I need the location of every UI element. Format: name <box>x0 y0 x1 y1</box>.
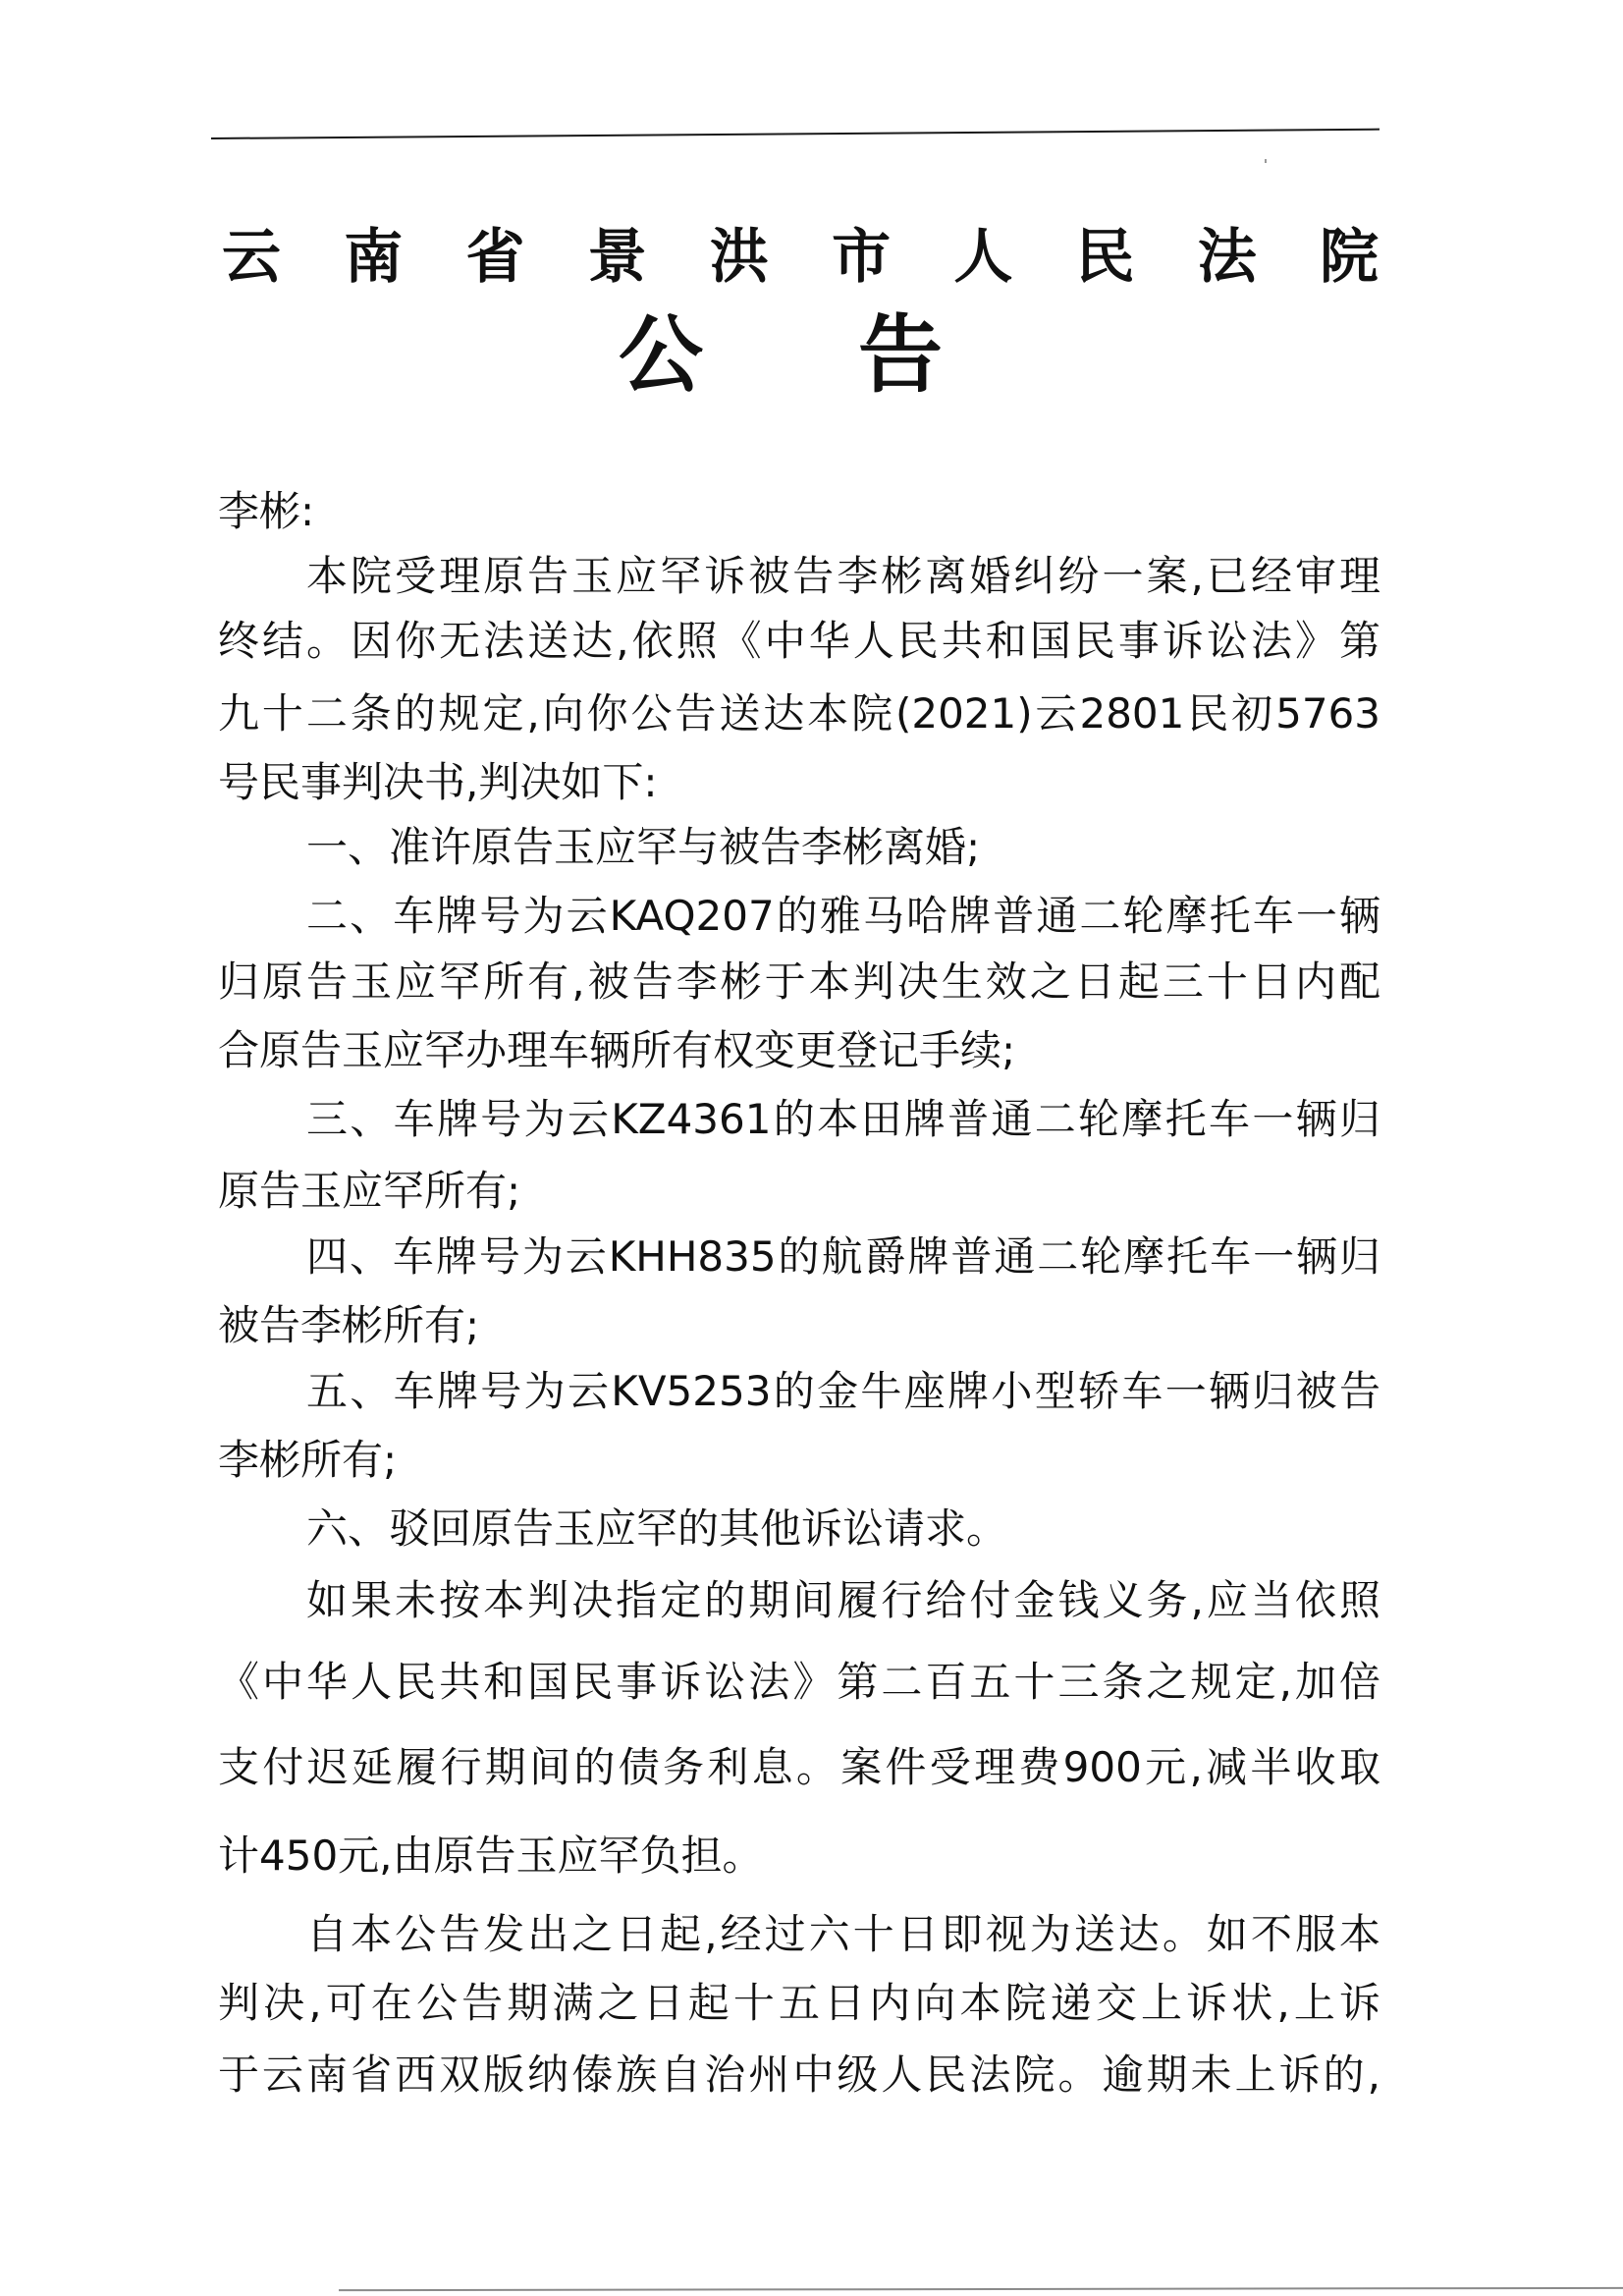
body-line: 终结。因你无法送达,依照《中华人民共和国民事诉讼法》第 <box>218 614 1380 669</box>
scan-speck <box>1265 159 1267 163</box>
scan-edge-line <box>339 2287 1623 2291</box>
body-line: 于云南省西双版纳傣族自治州中级人民法院。逾期未上诉的, <box>218 2048 1380 2103</box>
title-char: 院 <box>1320 218 1379 297</box>
title-char: 景 <box>588 218 647 297</box>
body-line: 号民事判决书,判决如下: <box>218 755 1380 810</box>
body-line: 合原告玉应罕办理车辆所有权变更登记手续; <box>218 1023 1380 1078</box>
document-type-heading: 公 告 <box>619 306 943 405</box>
body-line: 本院受理原告玉应罕诉被告李彬离婚纠纷一案,已经审理 <box>306 549 1380 604</box>
body-line: 李彬所有; <box>218 1433 1380 1488</box>
addressee: 李彬: <box>218 484 1380 539</box>
body-line: 《中华人民共和国民事诉讼法》第二百五十三条之规定,加倍 <box>218 1655 1380 1710</box>
body-line: 自本公告发出之日起,经过六十日即视为送达。如不服本 <box>306 1907 1380 1962</box>
judgment-item: 二、车牌号为云KAQ207的雅马哈牌普通二轮摩托车一辆 <box>306 889 1380 944</box>
title-char: 人 <box>953 218 1012 297</box>
header-rule <box>211 129 1380 139</box>
judgment-item: 六、驳回原告玉应罕的其他诉讼请求。 <box>306 1502 1380 1557</box>
title-char: 洪 <box>710 218 769 297</box>
body-line: 归原告玉应罕所有,被告李彬于本判决生效之日起三十日内配 <box>218 955 1380 1010</box>
body-line: 九十二条的规定,向你公告送达本院(2021)云2801民初5763 <box>218 686 1380 741</box>
body-line: 被告李彬所有; <box>218 1298 1380 1353</box>
judgment-item: 一、准许原告玉应罕与被告李彬离婚; <box>306 820 1380 875</box>
court-name-title: 云 南 省 景 洪 市 人 民 法 院 <box>222 218 1379 297</box>
title-char: 南 <box>344 218 403 297</box>
title-char: 法 <box>1198 218 1257 297</box>
title-char: 市 <box>832 218 891 297</box>
judgment-item: 三、车牌号为云KZ4361的本田牌普通二轮摩托车一辆归 <box>306 1092 1380 1147</box>
title-char: 云 <box>222 218 281 297</box>
body-line: 支付迟延履行期间的债务利息。案件受理费900元,减半收取 <box>218 1740 1380 1795</box>
judgment-item: 五、车牌号为云KV5253的金牛座牌小型轿车一辆归被告 <box>306 1364 1380 1419</box>
heading-char: 告 <box>858 306 943 405</box>
heading-char: 公 <box>619 306 703 405</box>
body-line: 如果未按本判决指定的期间履行给付金钱义务,应当依照 <box>306 1573 1380 1628</box>
body-line: 原告玉应罕所有; <box>218 1164 1380 1219</box>
body-line: 判决,可在公告期满之日起十五日内向本院递交上诉状,上诉 <box>218 1976 1380 2031</box>
body-line: 计450元,由原告玉应罕负担。 <box>218 1829 1380 1884</box>
title-char: 省 <box>465 218 524 297</box>
title-char: 民 <box>1076 218 1135 297</box>
judgment-item: 四、车牌号为云KHH835的航爵牌普通二轮摩托车一辆归 <box>306 1230 1380 1285</box>
